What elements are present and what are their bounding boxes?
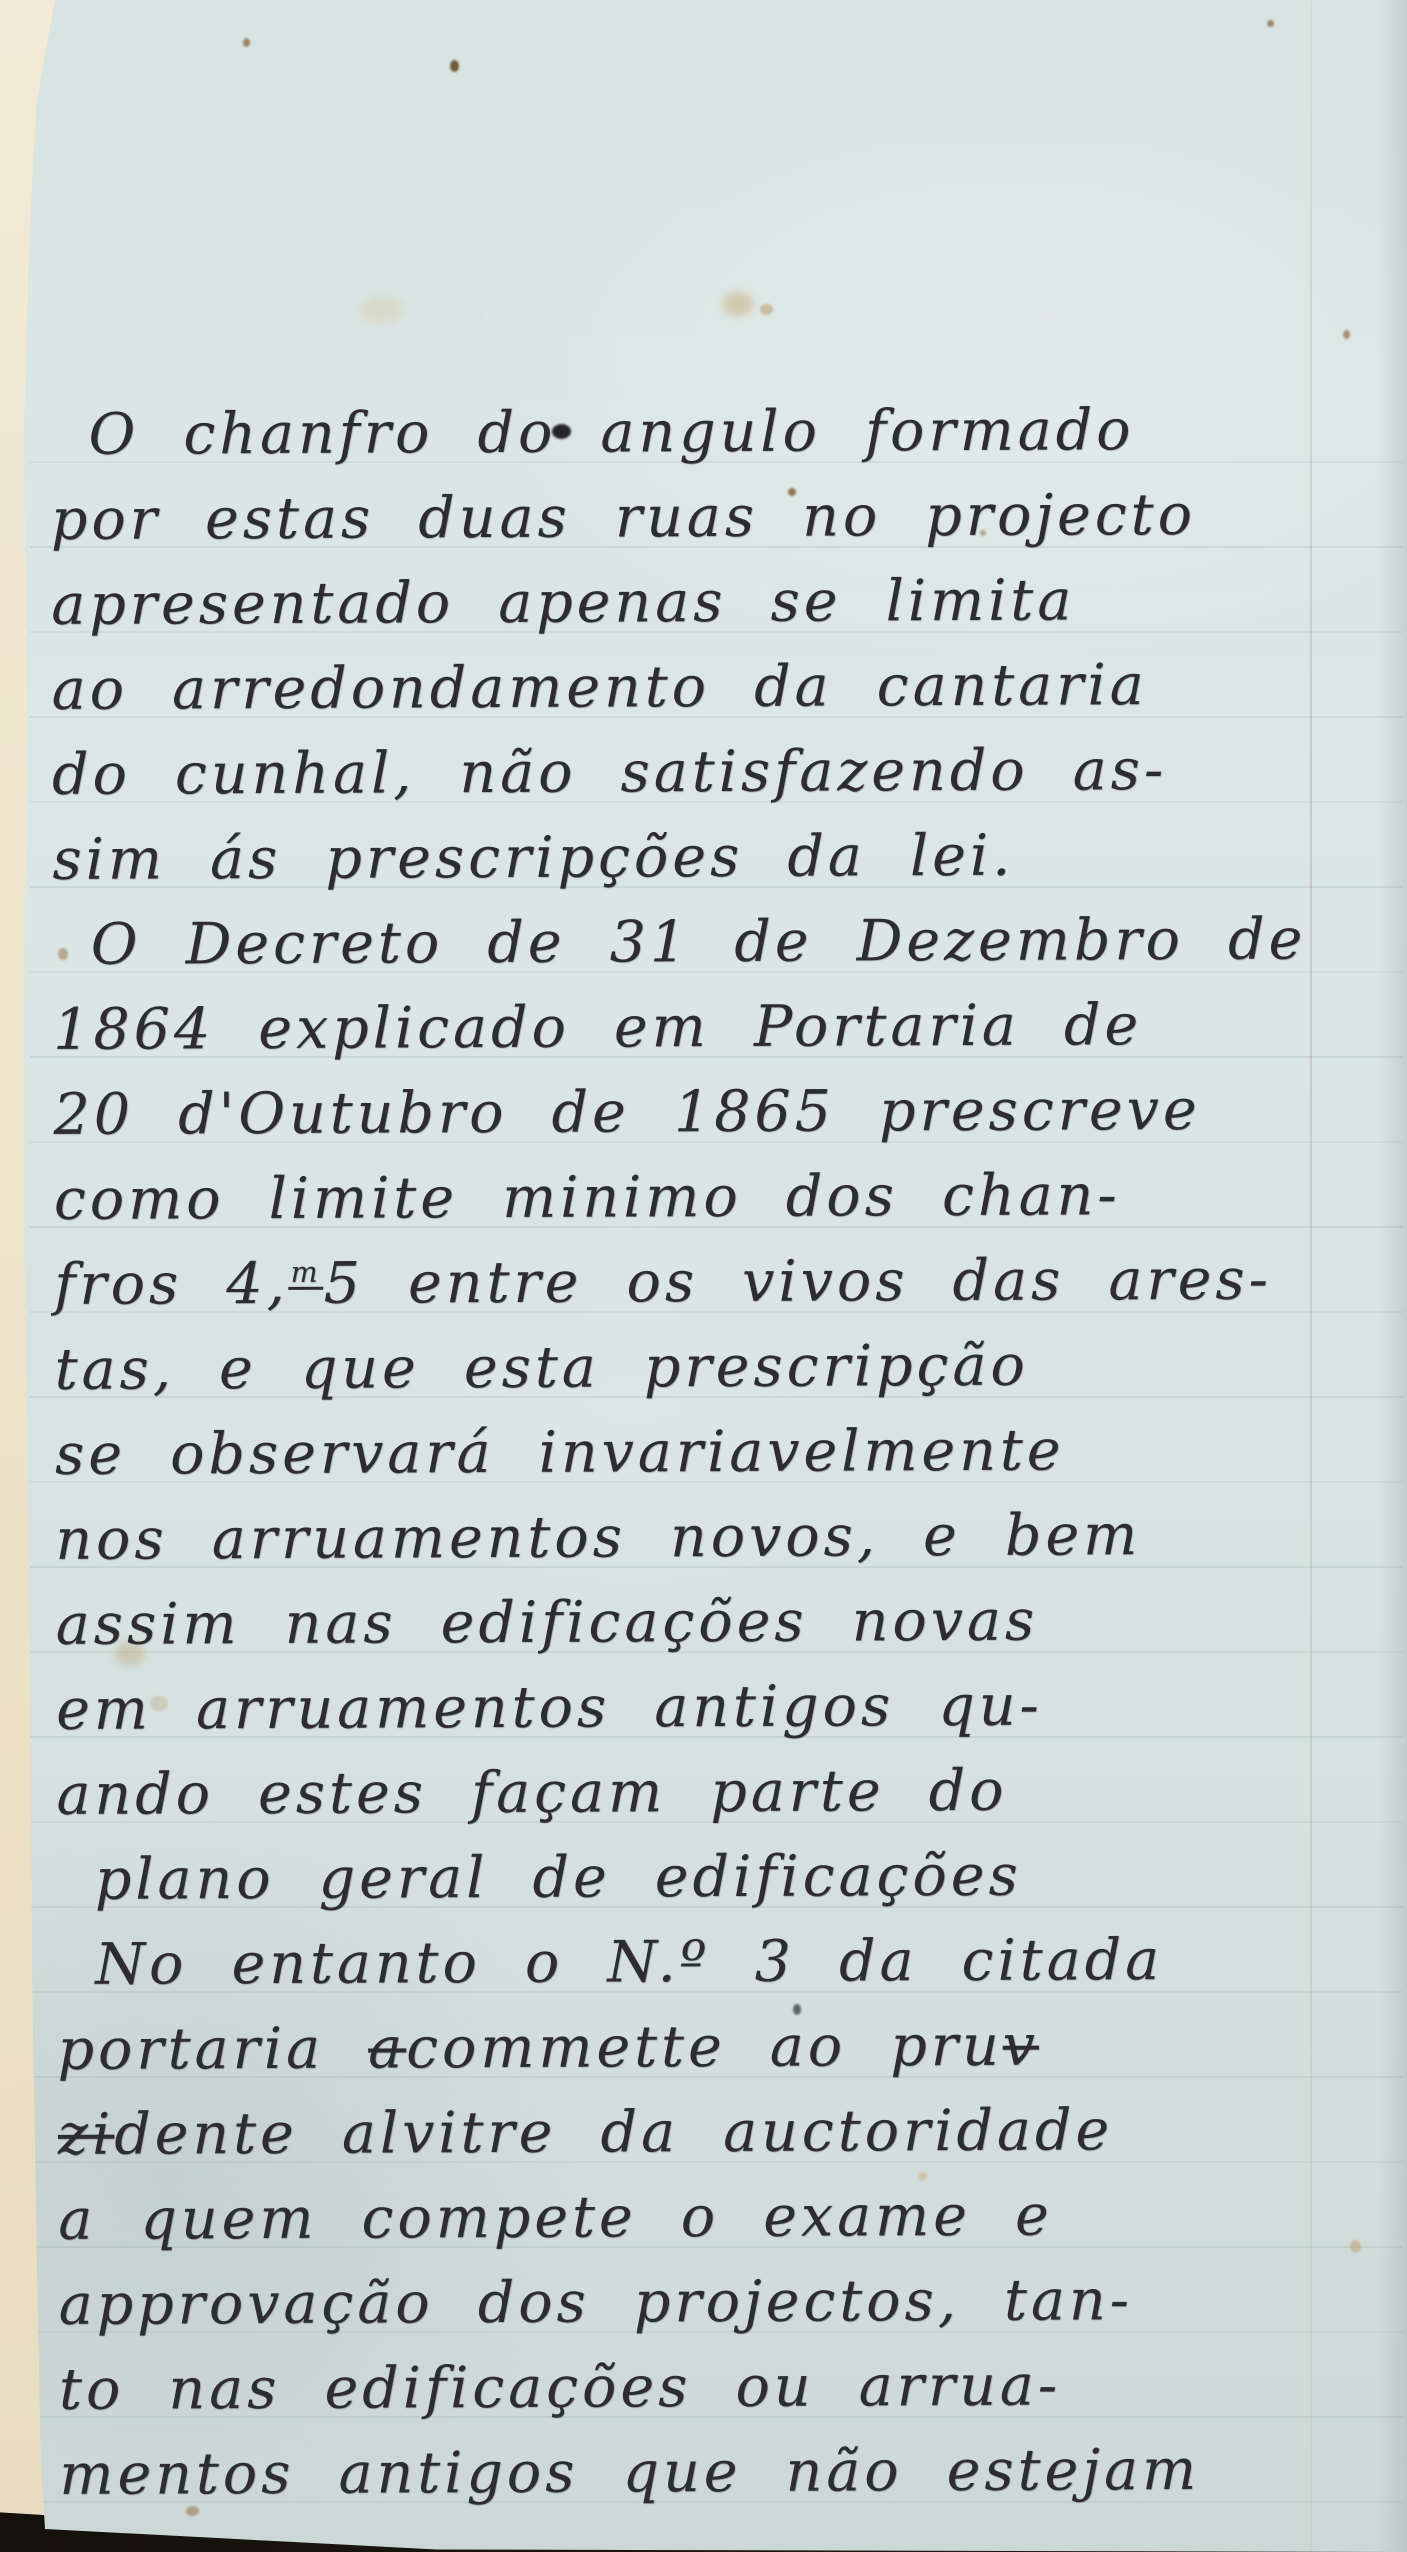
handwritten-text: fros 4,: [54, 1251, 289, 1318]
manuscript-line: assim nas edificações novas: [56, 1577, 1394, 1668]
manuscript-line: to nas edificações ou arrua-: [59, 2342, 1397, 2433]
handwritten-text: mentos antigos que não estejam: [59, 2437, 1200, 2508]
manuscript-line: por estas duas ruas no projecto: [51, 472, 1389, 563]
handwritten-text: dente alvitre da auctoridade: [114, 2097, 1113, 2167]
handwritten-text: 1864 explicado em Portaria de: [53, 992, 1142, 1063]
manuscript-line: ando estes façam parte do: [56, 1747, 1394, 1838]
handwritten-text: plano geral de edificações: [95, 1843, 1022, 1913]
manuscript-line: O Decreto de 31 de Dezembro de: [53, 897, 1391, 988]
manuscript-line: a quem compete o exame e: [58, 2172, 1396, 2263]
paper-stain: [243, 38, 250, 47]
paper-stain: [1267, 20, 1274, 27]
manuscript-line: No entanto o N.º 3 da citada: [57, 1917, 1395, 2008]
paper-stain: [722, 292, 754, 316]
manuscript-line: como limite minimo dos chan-: [54, 1152, 1392, 1243]
struck-text: a: [368, 2015, 406, 2081]
handwritten-text: 5 entre os vivos das ares-: [324, 1247, 1272, 1317]
handwritten-text: se observará invariavelmente: [55, 1418, 1065, 1488]
manuscript-line: plano geral de edificações: [57, 1832, 1395, 1923]
manuscript-line: 20 d'Outubro de 1865 prescreve: [53, 1067, 1391, 1158]
manuscript-line: ao arredondamento da cantaria: [51, 642, 1389, 733]
manuscript-line: em arruamentos antigos qu-: [56, 1662, 1394, 1753]
manuscript-line: fros 4,m5 entre os vivos das ares-: [54, 1237, 1392, 1328]
handwritten-text: sim ás prescripções da lei.: [52, 823, 1014, 893]
manuscript-line: apresentado apenas se limita: [51, 557, 1389, 648]
handwritten-text: ando estes façam parte do: [56, 1758, 1007, 1828]
handwritten-text: 20 d'Outubro de 1865 prescreve: [53, 1077, 1200, 1148]
manuscript-line: do cunhal, não satisfazendo as-: [52, 727, 1390, 818]
paper-stain: [1343, 330, 1350, 339]
handwritten-text: to nas edificações ou arrua-: [59, 2353, 1061, 2423]
handwritten-text: O Decreto de 31 de Dezembro de: [91, 906, 1307, 977]
handwritten-text: em arruamentos antigos qu-: [56, 1673, 1043, 1743]
handwritten-text: por estas duas ruas no projecto: [51, 482, 1196, 553]
manuscript-line: approvação dos projectos, tan-: [59, 2257, 1397, 2348]
handwritten-text: nos arruamentos novos, e bem: [55, 1502, 1141, 1573]
handwritten-text: do cunhal, não satisfazendo as-: [52, 737, 1167, 808]
handwritten-text: portaria: [57, 2016, 368, 2083]
struck-text: v: [1003, 2013, 1039, 2079]
manuscript-lines: O chanfro do angulo formadopor estas dua…: [50, 387, 1397, 2518]
handwritten-text: O chanfro do angulo formado: [88, 397, 1134, 468]
handwritten-text: assim nas edificações novas: [56, 1588, 1039, 1658]
struck-text: zi: [58, 2102, 115, 2168]
manuscript-line: O chanfro do angulo formado: [50, 387, 1388, 478]
handwritten-text: tas, e que esta prescripção: [54, 1333, 1028, 1403]
manuscript-line: sim ás prescripções da lei.: [52, 812, 1390, 903]
superscript-metre-mark: m: [289, 1258, 324, 1290]
paper-stain: [450, 60, 459, 72]
handwritten-text: commette ao pru: [406, 2013, 1003, 2082]
paper-stain: [760, 304, 773, 315]
manuscript-line: mentos antigos que não estejam: [59, 2427, 1397, 2518]
handwritten-text: No entanto o N.º 3 da citada: [95, 1927, 1163, 1998]
handwritten-text: a quem compete o exame e: [58, 2183, 1053, 2253]
paper-stain: [360, 296, 404, 324]
handwritten-text: como limite minimo dos chan-: [54, 1162, 1121, 1233]
manuscript-line: 1864 explicado em Portaria de: [53, 982, 1391, 1073]
handwritten-text: ao arredondamento da cantaria: [52, 652, 1148, 723]
manuscript-line: nos arruamentos novos, e bem: [55, 1492, 1393, 1583]
manuscript-line: se observará invariavelmente: [55, 1407, 1393, 1498]
manuscript-paper: O chanfro do angulo formadopor estas dua…: [0, 0, 1407, 2552]
handwritten-text: approvação dos projectos, tan-: [59, 2267, 1133, 2338]
manuscript-line: portaria acommette ao pruv: [57, 2002, 1395, 2093]
scanned-manuscript-page: O chanfro do angulo formadopor estas dua…: [0, 0, 1407, 2552]
manuscript-line: zidente alvitre da auctoridade: [58, 2087, 1396, 2178]
handwritten-text: apresentado apenas se limita: [51, 567, 1075, 637]
manuscript-line: tas, e que esta prescripção: [54, 1322, 1392, 1413]
